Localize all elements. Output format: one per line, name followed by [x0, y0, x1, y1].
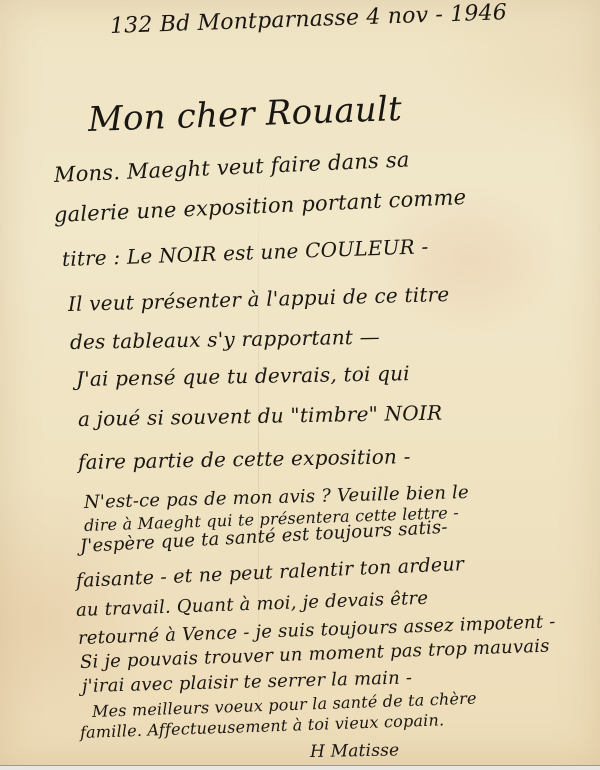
- letter-line-3: titre : Le NOIR est une COULEUR -: [62, 234, 429, 271]
- letter-signature: H Matisse: [310, 740, 400, 762]
- letter-line-2: galerie une exposition portant comme: [53, 185, 466, 227]
- scan-bottom-border: [0, 765, 600, 770]
- letter-paper: 132 Bd Montparnasse 4 nov - 1946 Mon che…: [0, 0, 600, 765]
- letter-line-1: Mons. Maeght veut faire dans sa: [53, 147, 410, 186]
- letter-line-13: au travail. Quant à moi, je devais être: [76, 588, 429, 621]
- letter-line-6: J'ai pensé que tu devrais, toi qui: [76, 361, 410, 391]
- letter-salutation: Mon cher Rouault: [87, 89, 402, 140]
- letter-line-8: faire partie de cette exposition -: [78, 444, 411, 474]
- letter-line-7: a joué si souvent du "timbre" NOIR: [78, 401, 443, 431]
- letter-line-5: des tableaux s'y rapportant —: [70, 325, 380, 354]
- letter-line-12: faisante - et ne peut ralentir ton ardeu…: [76, 553, 465, 592]
- letter-line-4: Il veut présenter à l'appui de ce titre: [68, 282, 450, 316]
- letter-header-address-date: 132 Bd Montparnasse 4 nov - 1946: [110, 0, 508, 39]
